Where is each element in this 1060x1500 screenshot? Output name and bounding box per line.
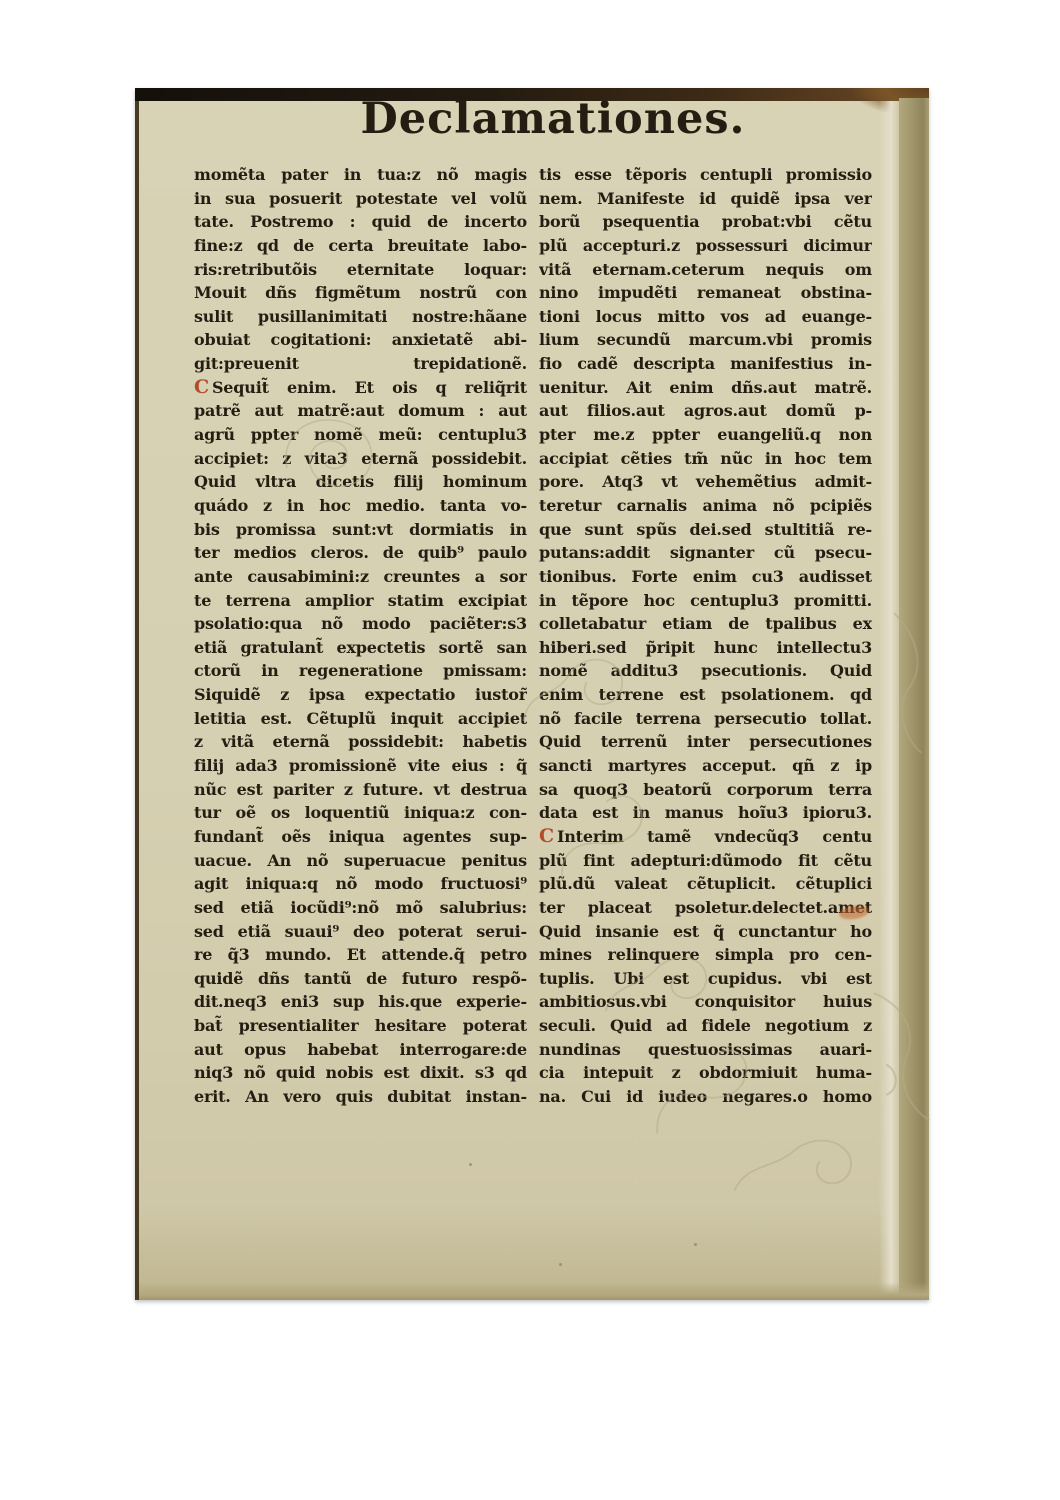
text-line: hiberi.sed p̃ripit hunc intellectu3 xyxy=(539,636,872,660)
text-line: ter placeat psoletur.delectet.amet xyxy=(539,896,872,920)
text-line: Quid terrenũ inter persecutiones xyxy=(539,730,872,754)
text-line: uacue. An nõ superuacue penitus xyxy=(194,849,527,873)
text-line: plũ.dũ valeat cẽtuplicit. cẽtuplici xyxy=(539,872,872,896)
text-line: z vitã eternã possidebit: habetis xyxy=(194,730,527,754)
text-line: sancti martyres acceput. qñ z ip xyxy=(539,754,872,778)
text-line: sed etiã suaui⁹ deo poterat serui- xyxy=(194,920,527,944)
text-line: fundant̃ oẽs iniqua agentes sup- xyxy=(194,825,527,849)
text-line: nundinas questuosissimas auari- xyxy=(539,1038,872,1062)
text-line: dit.neq3 eni3 sup his.que experie- xyxy=(194,990,527,1014)
text-line: erit. An vero quis dubitat instan- xyxy=(194,1085,527,1109)
text-line: pore. Atq3 vt vehemẽtius admit- xyxy=(539,470,872,494)
text-line: psolatio:qua nõ modo paciẽter:s3 xyxy=(194,612,527,636)
text-line: que sunt spũs dei.sed stultitiã re- xyxy=(539,518,872,542)
text-line: pter me.z ppter euangeliũ.q non xyxy=(539,423,872,447)
text-line: ter medios cleros. de quib⁹ paulo xyxy=(194,541,527,565)
text-line: nomẽ additu3 psecutionis. Quid xyxy=(539,659,872,683)
text-column-right: tis esse tẽporis centupli promissionem. … xyxy=(539,163,872,1109)
text-line: te terrena amplior statim excipiat xyxy=(194,589,527,613)
text-line: tis esse tẽporis centupli promissio xyxy=(539,163,872,187)
text-line: ambitiosus.vbi conquisitor huius xyxy=(539,990,872,1014)
text-line: data est in manus hoĩu3 ipioru3. xyxy=(539,801,872,825)
text-line: sed etiã iocũdi⁹:nõ mõ salubrius: xyxy=(194,896,527,920)
text-line: quádo z in hoc medio. tanta vo- xyxy=(194,494,527,518)
text-line: borũ psequentia probat:vbi cẽtu xyxy=(539,210,872,234)
text-line: uenitur. Ait enim dñs.aut matrẽ. xyxy=(539,376,872,400)
text-line: bis promissa sunt:vt dormiatis in xyxy=(194,518,527,542)
text-line: etiã gratulant̃ expectetis sortẽ san xyxy=(194,636,527,660)
scanned-book-photo: Declamationes. momẽta pater in tua:z nõ … xyxy=(0,0,1060,1500)
text-line: obuiat cogitationi: anxietatẽ abi- xyxy=(194,328,527,352)
text-line: Quid vltra dicetis filij hominum xyxy=(194,470,527,494)
text-line: Mouit dñs figmẽtum nostrũ con xyxy=(194,281,527,305)
rubric-capitulum: C xyxy=(194,376,209,398)
text-line: tur oẽ os loquentiũ iniqua:z con- xyxy=(194,801,527,825)
book-fore-edge xyxy=(899,98,929,1300)
text-line: ris:retributõis eternitate loquar: xyxy=(194,258,527,282)
page-curl-highlight xyxy=(879,101,899,1300)
text-line: cia intepuit z obdormiuit huma- xyxy=(539,1061,872,1085)
text-line: nino impudẽti remaneat obstina- xyxy=(539,281,872,305)
paper-speck xyxy=(469,1163,472,1166)
text-line: accipiet: z vita3 eternã possidebit. xyxy=(194,447,527,471)
text-line: niq3 nõ quid nobis est dixit. s3 qd xyxy=(194,1061,527,1085)
text-line: aut opus habebat interrogare:de xyxy=(194,1038,527,1062)
text-line: Siquidẽ z ipsa expectatio iustor̃ xyxy=(194,683,527,707)
text-line: sulit pusillanimitati nostre:hãane xyxy=(194,305,527,329)
text-line: in sua posuerit potestate vel volũ xyxy=(194,187,527,211)
text-line: na. Cui id iudeo negares.o homo xyxy=(539,1085,872,1109)
text-line: tate. Postremo : quid de incerto xyxy=(194,210,527,234)
text-line: seculi. Quid ad fidele negotium z xyxy=(539,1014,872,1038)
text-line: nũc est pariter z future. vt destrua xyxy=(194,778,527,802)
text-line: CInterim tamẽ vndecũq3 centu xyxy=(539,825,872,849)
text-line: plũ accepturi.z possessuri dicimur xyxy=(539,234,872,258)
rubric-capitulum: C xyxy=(539,825,554,847)
text-line: nõ facile terrena persecutio tollat. xyxy=(539,707,872,731)
text-line: momẽta pater in tua:z nõ magis xyxy=(194,163,527,187)
text-line: sa quoq3 beatorũ corporum terra xyxy=(539,778,872,802)
text-line: accipiat cẽties tm̃ nũc in hoc tem xyxy=(539,447,872,471)
text-line: tioni locus mitto vos ad euange- xyxy=(539,305,872,329)
text-line: colletabatur etiam de tpalibus ex xyxy=(539,612,872,636)
text-line: in tẽpore hoc centuplu3 promitti. xyxy=(539,589,872,613)
text-line: putans:addit signanter cũ psecu- xyxy=(539,541,872,565)
text-line: Quid insanie est q̃ cunctantur ho xyxy=(539,920,872,944)
text-line: agrũ ppter nomẽ meũ: centuplu3 xyxy=(194,423,527,447)
page-bottom-edge-shadow xyxy=(139,1282,929,1300)
text-line: filij ada3 promissionẽ vite eius : q̃ xyxy=(194,754,527,778)
text-line: quidẽ dñs tantũ de futuro respõ- xyxy=(194,967,527,991)
text-line: nem. Manifeste id quidẽ ipsa ver xyxy=(539,187,872,211)
text-line: tionibus. Forte enim cu3 audisset xyxy=(539,565,872,589)
text-line: aut filios.aut agros.aut domũ p- xyxy=(539,399,872,423)
text-line: plũ fint adepturi:dũmodo fit cẽtu xyxy=(539,849,872,873)
book-page: Declamationes. momẽta pater in tua:z nõ … xyxy=(135,88,929,1300)
page-title: Declamationes. xyxy=(173,94,933,144)
text-line: lium secundũ marcum.vbi promis xyxy=(539,328,872,352)
text-line: letitia est. Cẽtuplũ inquit accipiet xyxy=(194,707,527,731)
text-line: git:preuenit trepidationẽ. xyxy=(194,352,527,376)
text-line: agit iniqua:q nõ modo fructuosi⁹ xyxy=(194,872,527,896)
paper-speck xyxy=(694,1243,697,1246)
paper-speck xyxy=(559,1263,562,1266)
text-line: ante causabimini:z creuntes a sor xyxy=(194,565,527,589)
text-line: vitã eternam.ceterum nequis om xyxy=(539,258,872,282)
text-line: patrẽ aut matrẽ:aut domum : aut xyxy=(194,399,527,423)
text-column-left: momẽta pater in tua:z nõ magisin sua pos… xyxy=(194,163,527,1109)
text-line: CSequit̃ enim. Et ois q reliq̃rit xyxy=(194,376,527,400)
text-line: fine:z qd de certa breuitate labo- xyxy=(194,234,527,258)
text-line: tuplis. Ubi est cupidus. vbi est xyxy=(539,967,872,991)
text-line: mines relinquere simpla pro cen- xyxy=(539,943,872,967)
text-line: teretur carnalis anima nõ pcipiẽs xyxy=(539,494,872,518)
text-line: re q̃3 mundo. Et attende.q̃ petro xyxy=(194,943,527,967)
text-line: ctorũ in regeneratione pmissam: xyxy=(194,659,527,683)
text-line: enim terrene est psolationem. qd xyxy=(539,683,872,707)
text-line: fio cadẽ descripta manifestius in- xyxy=(539,352,872,376)
text-line: bat̃ presentialiter hesitare poterat xyxy=(194,1014,527,1038)
